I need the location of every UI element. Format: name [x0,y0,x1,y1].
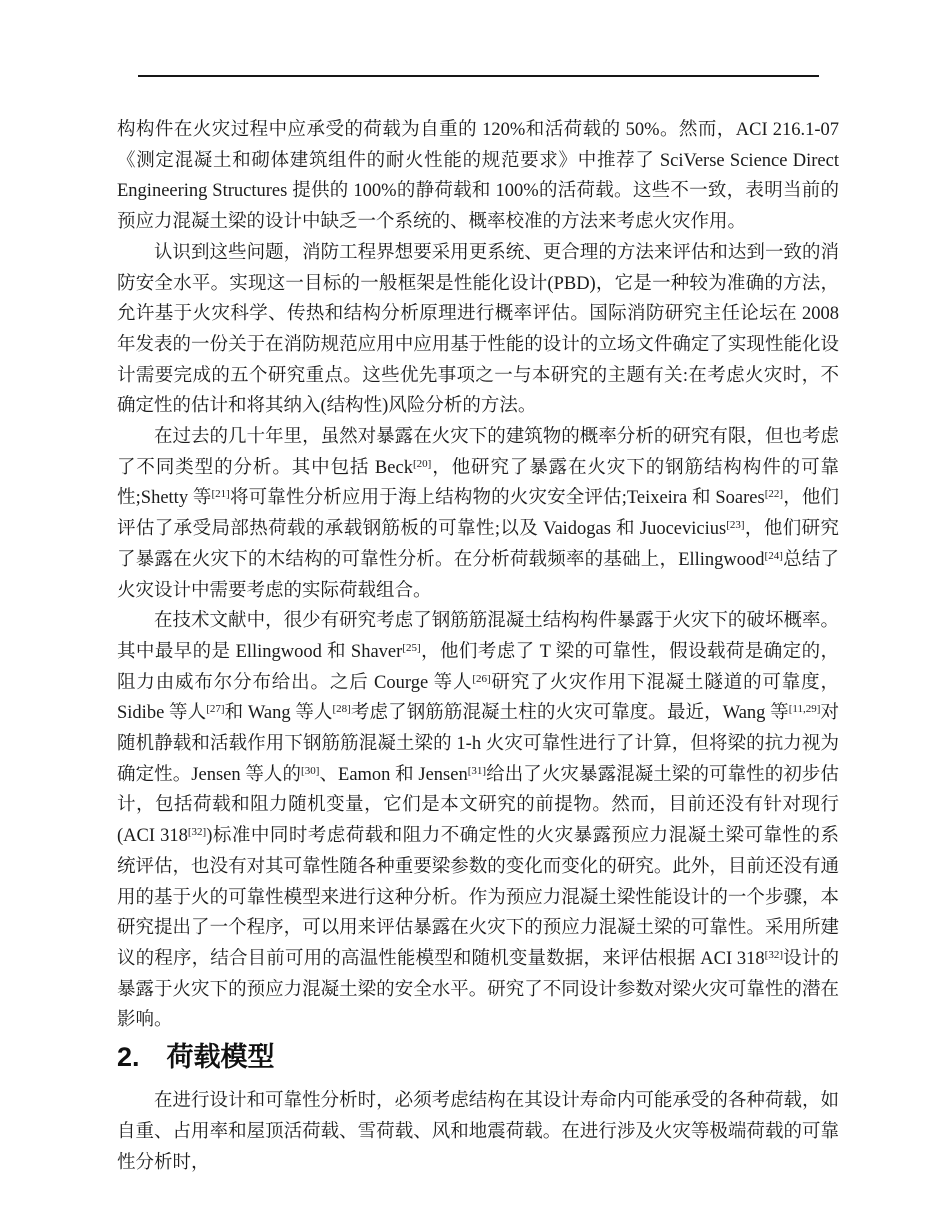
citation-ref: [27] [206,703,224,715]
citation-ref: [32] [765,949,783,961]
text-run: 认识到这些问题，消防工程界想要采用更系统、更合理的方法来评估和达到一致的消防安全… [117,243,839,417]
section-heading-title: 荷载模型 [167,1042,275,1072]
text-run: )标准中同时考虑荷载和阻力不确定性的火灾暴露预应力混凝土梁可靠性的系统评估，也没… [117,826,839,969]
header-rule [138,75,819,77]
text-run: 在进行设计和可靠性分析时，必须考虑结构在其设计寿命内可能承受的各种荷载，如自重、… [117,1091,839,1172]
text-run: 、Eamon 和 Jensen [319,765,467,785]
citation-ref: [20] [413,458,431,470]
citation-ref: [25] [402,642,420,654]
citation-ref: [23] [726,519,744,531]
citation-ref: [11,29] [789,703,821,715]
text-run: 构构件在火灾过程中应承受的荷载为自重的 120%和活荷载的 50%。然而，ACI… [117,120,839,232]
citation-ref: [26] [472,673,490,685]
citation-ref: [32] [188,826,206,838]
paragraph: 在过去的几十年里，虽然对暴露在火灾下的建筑物的概率分析的研究有限，但也考虑了不同… [117,422,839,606]
paragraph: 构构件在火灾过程中应承受的荷载为自重的 120%和活荷载的 50%。然而，ACI… [117,115,839,238]
document-body: 构构件在火灾过程中应承受的荷载为自重的 120%和活荷载的 50%。然而，ACI… [117,115,839,1178]
citation-ref: [30] [301,765,319,777]
text-run: 考虑了钢筋筋混凝土柱的火灾可靠度。最近，Wang 等 [351,703,789,723]
document-page: 构构件在火灾过程中应承受的荷载为自重的 120%和活荷载的 50%。然而，ACI… [0,0,952,1232]
citation-ref: [31] [468,765,486,777]
citation-ref: [22] [765,488,783,500]
text-run: 和 Wang 等人 [225,703,333,723]
section-heading: 2.荷载模型 [117,1039,839,1075]
section-heading-number: 2. [117,1039,140,1075]
citation-ref: [24] [765,550,783,562]
citation-ref: [21] [212,488,230,500]
citation-ref: [28] [333,703,351,715]
text-run: 将可靠性分析应用于海上结构物的火灾安全评估;Teixeira 和 Soares [230,488,765,508]
paragraph: 认识到这些问题，消防工程界想要采用更系统、更合理的方法来评估和达到一致的消防安全… [117,238,839,422]
paragraph: 在技术文献中，很少有研究考虑了钢筋筋混凝土结构构件暴露于火灾下的破坏概率。其中最… [117,606,839,1036]
paragraph: 在进行设计和可靠性分析时，必须考虑结构在其设计寿命内可能承受的各种荷载，如自重、… [117,1086,839,1178]
